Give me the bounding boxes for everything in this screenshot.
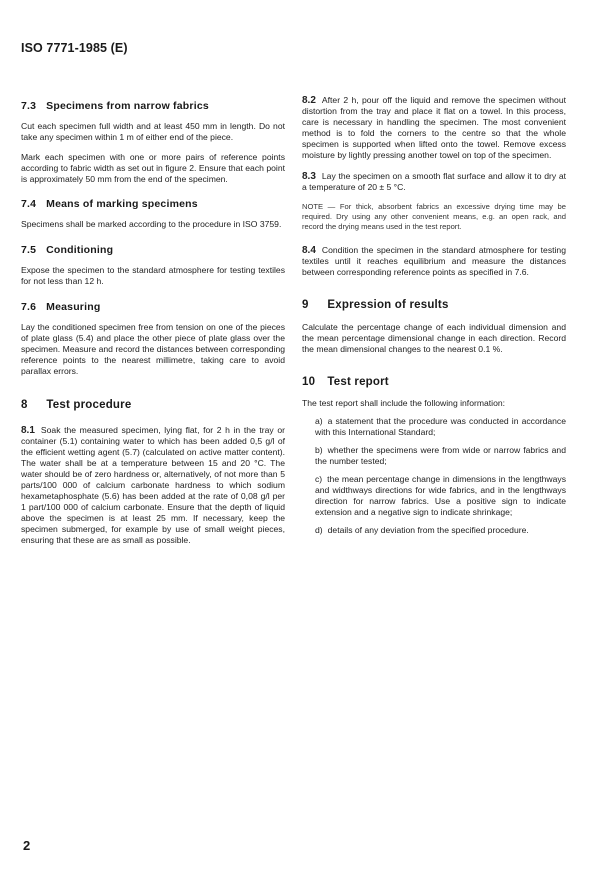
section-9: 9 Expression of results Calculate the pe…: [302, 299, 566, 355]
section-title: Means of marking specimens: [46, 198, 198, 210]
paragraph: Lay the conditioned specimen free from t…: [21, 322, 285, 377]
section-7-3: 7.3 Specimens from narrow fabrics Cut ea…: [21, 100, 285, 185]
note: NOTE — For thick, absorbent fabrics an e…: [302, 202, 566, 233]
section-7-4: 7.4 Means of marking specimens Specimens…: [21, 198, 285, 230]
list-item: c)the mean percentage change in dimensio…: [315, 474, 566, 518]
paragraph-8-4: 8.4Condition the specimen in the standar…: [302, 245, 566, 278]
section-8-4: 8.4Condition the specimen in the standar…: [302, 245, 566, 278]
paragraph: Specimens shall be marked according to t…: [21, 219, 285, 230]
paragraph: Cut each specimen full width and at leas…: [21, 121, 285, 143]
section-number: 7.6: [21, 301, 43, 313]
list-item: a)a statement that the procedure was con…: [315, 416, 566, 438]
section-8-2: 8.2After 2 h, pour off the liquid and re…: [302, 95, 566, 161]
section-heading: 7.6 Measuring: [21, 301, 285, 313]
left-column: 7.3 Specimens from narrow fabrics Cut ea…: [21, 100, 285, 546]
page-number: 2: [23, 838, 30, 853]
section-number: 7.5: [21, 244, 43, 256]
list-item: d)details of any deviation from the spec…: [315, 525, 566, 536]
paragraph-text: Lay the specimen on a smooth flat surfac…: [302, 171, 566, 192]
section-number: 10: [302, 376, 324, 388]
section-heading: 9 Expression of results: [302, 299, 566, 311]
section-heading: 7.3 Specimens from narrow fabrics: [21, 100, 285, 112]
list-item-text: a statement that the procedure was condu…: [315, 416, 566, 437]
section-title: Conditioning: [46, 244, 113, 256]
page-header: ISO 7771-1985 (E): [21, 41, 128, 55]
section-8: 8 Test procedure 8.1Soak the measured sp…: [21, 399, 285, 546]
list-item-text: the mean percentage change in dimensions…: [315, 474, 566, 517]
paragraph: Mark each specimen with one or more pair…: [21, 152, 285, 185]
list-item: b)whether the specimens were from wide o…: [315, 445, 566, 467]
section-number: 8: [21, 399, 43, 411]
paragraph-text: After 2 h, pour off the liquid and remov…: [302, 95, 566, 160]
section-heading: 7.4 Means of marking specimens: [21, 198, 285, 210]
section-heading: 7.5 Conditioning: [21, 244, 285, 256]
section-title: Expression of results: [327, 299, 448, 311]
paragraph-intro: The test report shall include the follow…: [302, 398, 566, 409]
right-column: 8.2After 2 h, pour off the liquid and re…: [302, 95, 566, 536]
list-item-text: whether the specimens were from wide or …: [315, 445, 566, 466]
section-title: Specimens from narrow fabrics: [46, 100, 209, 112]
subsection-number: 8.3: [302, 171, 316, 182]
paragraph: Expose the specimen to the standard atmo…: [21, 265, 285, 287]
paragraph-8-3: 8.3Lay the specimen on a smooth flat sur…: [302, 171, 566, 193]
subsection-number: 8.4: [302, 245, 316, 256]
paragraph-8-2: 8.2After 2 h, pour off the liquid and re…: [302, 95, 566, 161]
subsection-number: 8.2: [302, 95, 316, 106]
list-item-label: d): [315, 525, 323, 535]
section-number: 9: [302, 299, 324, 311]
list-item-text: details of any deviation from the specif…: [328, 525, 529, 535]
paragraph-8-1: 8.1Soak the measured specimen, lying fla…: [21, 425, 285, 546]
paragraph-text: Soak the measured specimen, lying flat, …: [21, 425, 285, 545]
list-item-label: c): [315, 474, 322, 484]
section-number: 7.4: [21, 198, 43, 210]
section-7-6: 7.6 Measuring Lay the conditioned specim…: [21, 301, 285, 377]
section-7-5: 7.5 Conditioning Expose the specimen to …: [21, 244, 285, 287]
subsection-number: 8.1: [21, 425, 35, 436]
section-title: Measuring: [46, 301, 100, 313]
section-heading: 10 Test report: [302, 376, 566, 388]
section-number: 7.3: [21, 100, 43, 112]
section-heading: 8 Test procedure: [21, 399, 285, 411]
section-title: Test report: [327, 376, 388, 388]
section-10: 10 Test report The test report shall inc…: [302, 376, 566, 536]
list-item-label: a): [315, 416, 323, 426]
section-title: Test procedure: [46, 399, 131, 411]
paragraph-text: Condition the specimen in the standard a…: [302, 245, 566, 277]
list-item-label: b): [315, 445, 323, 455]
paragraph: Calculate the percentage change of each …: [302, 322, 566, 355]
section-8-3: 8.3Lay the specimen on a smooth flat sur…: [302, 171, 566, 233]
